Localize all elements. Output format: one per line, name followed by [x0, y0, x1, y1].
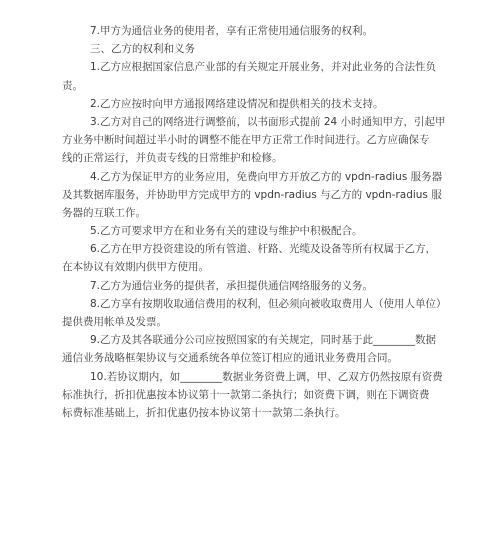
document-body: 7.甲方为通信业务的使用者，享有正常使用通信服务的权利。三、乙方的权利和义务1.…	[62, 22, 434, 422]
text-line: 责。	[62, 77, 434, 95]
text-line: 2.乙方应按时向甲方通报网络建设情况和提供相关的技术支持。	[62, 95, 434, 113]
text-line: 务器的互联工作。	[62, 204, 434, 222]
text-line: 提供费用帐单及发票。	[62, 313, 434, 331]
text-line: 标费标准基础上，折扣优惠仍按本协议第十一款第二条执行。	[62, 404, 434, 422]
text-line: 9.乙方及其各联通分公司应按照国家的有关规定，同时基于此________数据	[62, 331, 434, 349]
text-line: 通信业务战略框架协议与交通系统各单位签订相应的通讯业务费用合同。	[62, 349, 434, 367]
text-line: 标准执行，折扣优惠按本协议第十一款第二条执行；如资费下调，则在下调资费	[62, 386, 434, 404]
text-line: 8.乙方享有按期收取通信费用的权利，但必须向被收取费用人（使用人单位）	[62, 295, 434, 313]
text-line: 5.乙方可要求甲方在和业务有关的建设与维护中积极配合。	[62, 222, 434, 240]
text-line: 10.若协议期内，如________数据业务资费上调，甲、乙双方仍然按原有资费	[62, 368, 434, 386]
text-line: 线的正常运行，并负责专线的日常维护和检修。	[62, 149, 434, 167]
text-line: 方业务中断时间超过半小时的调整不能在甲方正常工作时间进行。乙方应确保专	[62, 131, 434, 149]
text-line: 三、乙方的权利和义务	[62, 40, 434, 58]
text-line: 7.甲方为通信业务的使用者，享有正常使用通信服务的权利。	[62, 22, 434, 40]
text-line: 在本协议有效期内供甲方使用。	[62, 258, 434, 276]
text-line: 3.乙方对自己的网络进行调整前，以书面形式提前 24 小时通知甲方，引起甲	[62, 113, 434, 131]
text-line: 6.乙方在甲方投资建设的所有管道、杆路、光缆及设备等所有权属于乙方，	[62, 240, 434, 258]
text-line: 4.乙方为保证甲方的业务应用，免费向甲方开放乙方的 vpdn-radius 服务…	[62, 168, 434, 186]
text-line: 及其数据库服务，并协助甲方完成甲方的 vpdn-radius 与乙方的 vpdn…	[62, 186, 434, 204]
text-line: 7.乙方为通信业务的提供者，承担提供通信网络服务的义务。	[62, 277, 434, 295]
document-page: 7.甲方为通信业务的使用者，享有正常使用通信服务的权利。三、乙方的权利和义务1.…	[0, 0, 500, 548]
text-line: 1.乙方应根据国家信息产业部的有关规定开展业务，并对此业务的合法性负	[62, 58, 434, 76]
